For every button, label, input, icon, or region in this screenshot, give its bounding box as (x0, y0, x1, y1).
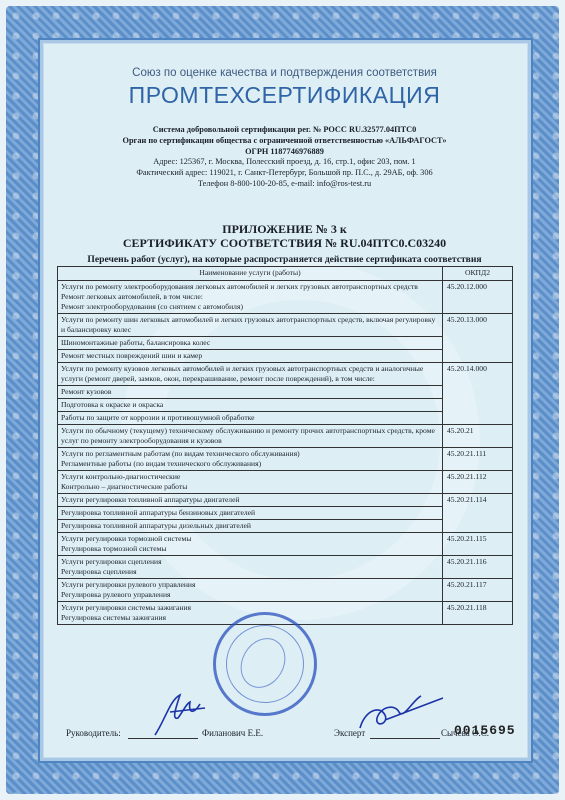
service-name: Услуги регулировки топливной аппаратуры … (58, 494, 443, 507)
seal-stamp-icon (213, 612, 317, 716)
table-row: Услуги регулировки рулевого управления Р… (58, 579, 513, 602)
table-row: Услуги контрольно-диагностические Контро… (58, 471, 513, 494)
list-caption: Перечень работ (услуг), на которые распр… (44, 254, 525, 265)
okpd2-code: 45.20.21.115 (443, 533, 513, 556)
ogrn: ОГРН 1187746976889 (44, 147, 525, 158)
organ-name: Орган по сертификации общества с огранич… (44, 136, 525, 147)
brand-title: ПРОМТЕХСЕРТИФИКАЦИЯ (44, 82, 525, 109)
table-row: Услуги по ремонту электрооборудования ле… (58, 281, 513, 314)
service-name: Шиномонтажные работы, балансировка колес (58, 337, 443, 350)
okpd2-code: 45.20.21.111 (443, 448, 513, 471)
service-name: Услуги по ремонту электрооборудования ле… (58, 281, 443, 314)
table-row: Услуги регулировки топливной аппаратуры … (58, 494, 513, 507)
contacts: Телефон 8-800-100-20-85, e-mail: info@ro… (44, 179, 525, 190)
service-name: Услуги по ремонту шин легковых автомобил… (58, 314, 443, 337)
head-signature-icon (150, 690, 210, 740)
service-name: Услуги по регламентным работам (по видам… (58, 448, 443, 471)
okpd2-code: 45.20.12.000 (443, 281, 513, 314)
okpd2-code: 45.20.21.116 (443, 556, 513, 579)
system-reg: Система добровольной сертификации рег. №… (44, 125, 525, 136)
service-name: Услуги регулировки тормозной системы Рег… (58, 533, 443, 556)
table-row: Услуги по обычному (текущему) техническо… (58, 425, 513, 448)
col-header-service: Наименование услуги (работы) (58, 267, 443, 281)
okpd2-code: 45.20.14.000 (443, 363, 513, 425)
okpd2-code: 45.20.21.112 (443, 471, 513, 494)
service-name: Ремонт местных повреждений шин и камер (58, 350, 443, 363)
union-name: Союз по оценке качества и подтверждения … (44, 67, 525, 79)
okpd2-code: 45.20.21 (443, 425, 513, 448)
service-name: Услуги регулировки сцепления Регулировка… (58, 556, 443, 579)
col-header-okpd2: ОКПД2 (443, 267, 513, 281)
okpd2-code: 45.20.21.117 (443, 579, 513, 602)
okpd2-code: 45.20.13.000 (443, 314, 513, 363)
service-name: Ремонт кузовов (58, 386, 443, 399)
table-row: Услуги по регламентным работам (по видам… (58, 448, 513, 471)
table-row: Услуги регулировки тормозной системы Рег… (58, 533, 513, 556)
issuer-info: Система добровольной сертификации рег. №… (44, 125, 525, 190)
head-label: Руководитель: (66, 728, 121, 738)
appendix-title: ПРИЛОЖЕНИЕ № 3 к (44, 222, 525, 237)
service-name: Услуги по обычному (текущему) техническо… (58, 425, 443, 448)
service-name: Услуги по ремонту кузовов легковых автом… (58, 363, 443, 386)
service-name: Подготовка к окраске и окраска (58, 399, 443, 412)
service-name: Регулировка топливной аппаратуры дизельн… (58, 520, 443, 533)
service-name: Работы по защите от коррозии и противошу… (58, 412, 443, 425)
actual-address: Фактический адрес: 119021, г. Санкт-Пете… (44, 168, 525, 179)
address: Адрес: 125367, г. Москва, Полесский прое… (44, 157, 525, 168)
certificate-number: СЕРТИФИКАТУ СООТВЕТСТВИЯ № RU.04ПТС0.С03… (44, 236, 525, 251)
okpd2-code: 45.20.21.114 (443, 494, 513, 533)
serial-number: 0015695 (454, 723, 516, 738)
service-name: Регулировка топливной аппаратуры бензино… (58, 507, 443, 520)
table-row: Услуги по ремонту шин легковых автомобил… (58, 314, 513, 337)
okpd2-code: 45.20.21.118 (443, 602, 513, 625)
table-row: Услуги регулировки сцепления Регулировка… (58, 556, 513, 579)
expert-signature-icon (355, 690, 445, 735)
service-name: Услуги регулировки рулевого управления Р… (58, 579, 443, 602)
service-name: Услуги контрольно-диагностические Контро… (58, 471, 443, 494)
head-name: Филанович Е.Е. (202, 728, 263, 738)
services-table: Наименование услуги (работы) ОКПД2 Услуг… (57, 266, 513, 625)
table-row: Услуги по ремонту кузовов легковых автом… (58, 363, 513, 386)
